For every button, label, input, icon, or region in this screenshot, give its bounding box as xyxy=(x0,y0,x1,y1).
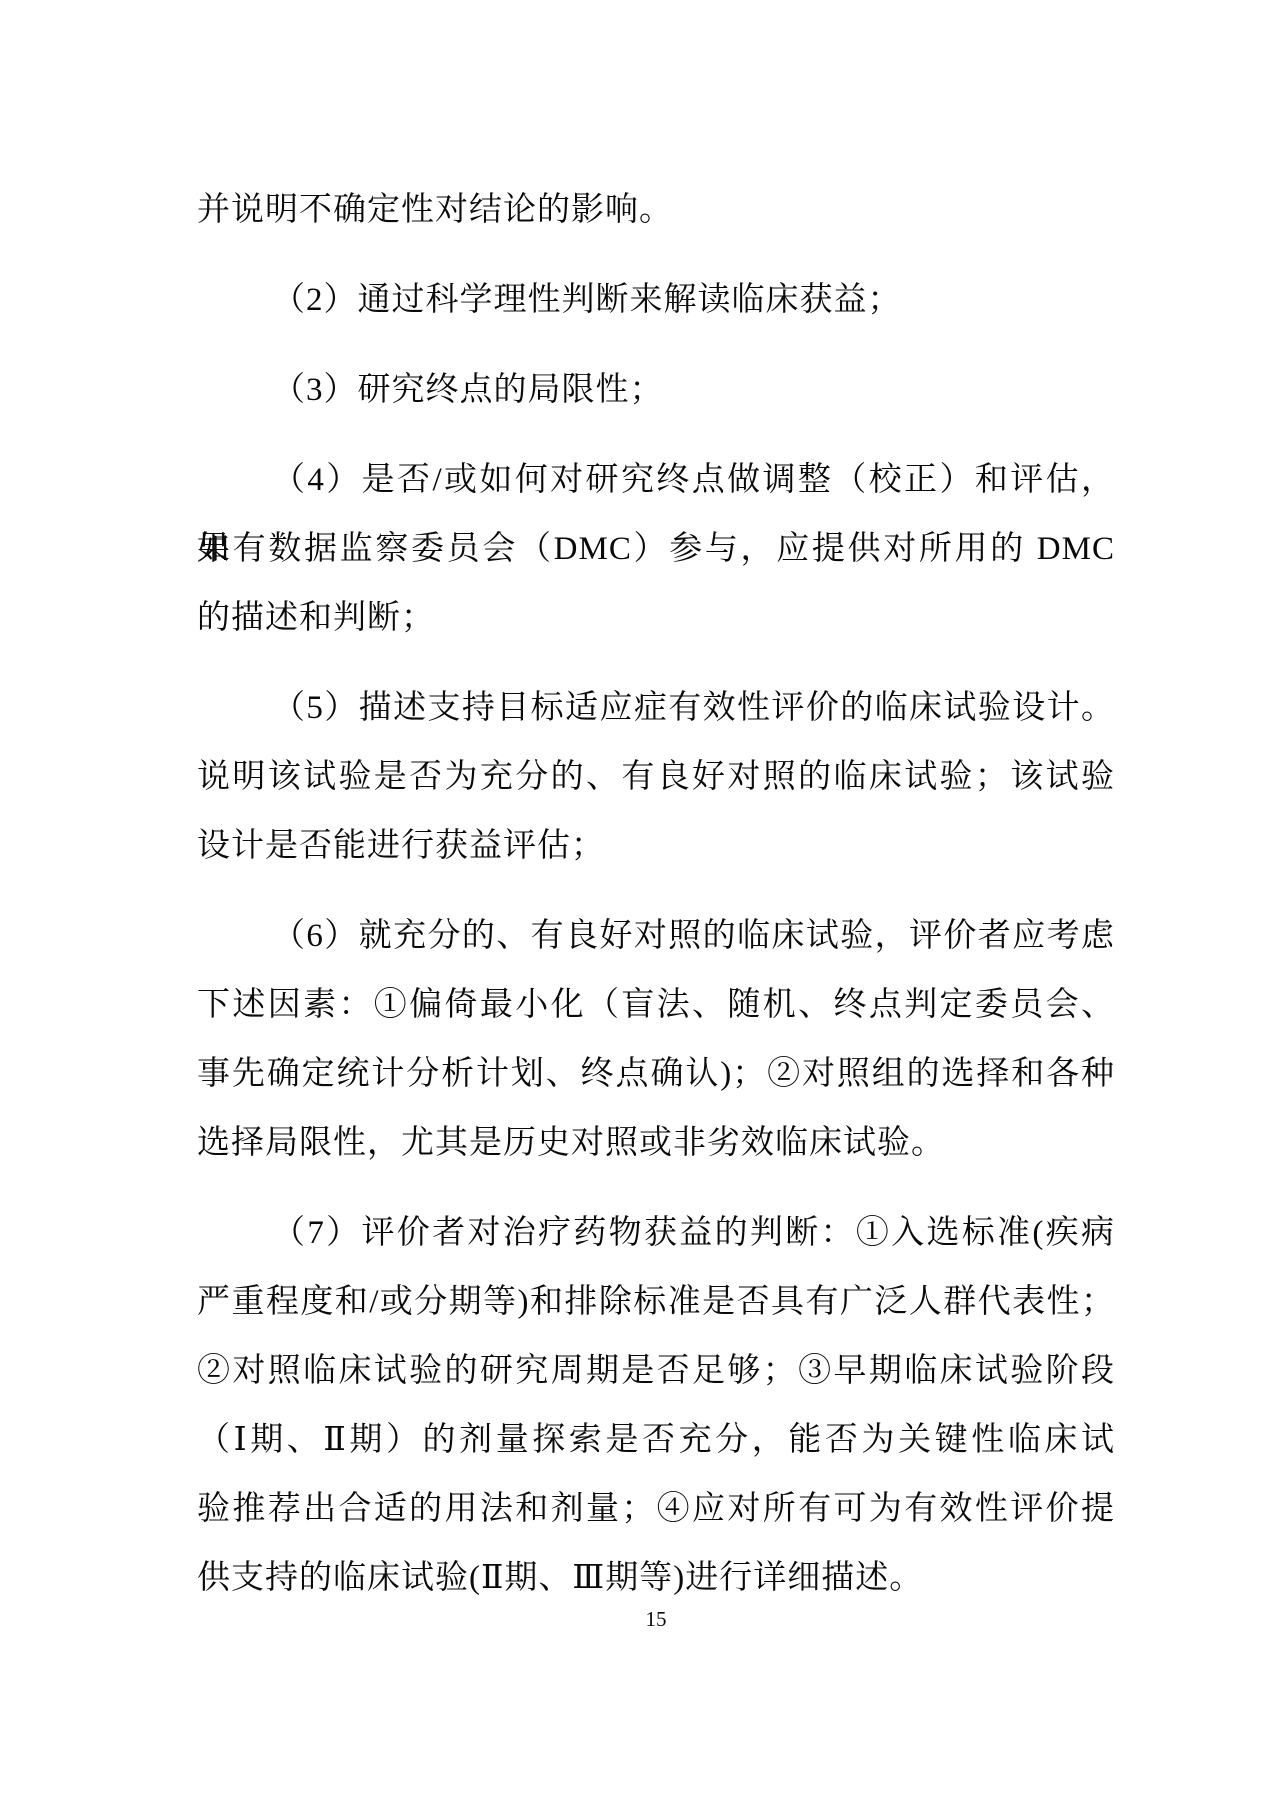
text-line: （4）是否/或如何对研究终点做调整（校正）和评估，如 xyxy=(197,446,1115,515)
paragraph: （2）通过科学理性判断来解读临床获益； xyxy=(197,266,1115,335)
text-line: （7）评价者对治疗药物获益的判断：①入选标准(疾病 xyxy=(197,1199,1115,1268)
text-line: 严重程度和/或分期等)和排除标准是否具有广泛人群代表性； xyxy=(197,1268,1115,1337)
page-number: 15 xyxy=(197,1604,1115,1634)
text-line: 果有数据监察委员会（DMC）参与，应提供对所用的 DMC xyxy=(197,515,1115,584)
text-line: （6）就充分的、有良好对照的临床试验，评价者应考虑 xyxy=(197,902,1115,971)
text-line: 并说明不确定性对结论的影响。 xyxy=(197,176,1115,245)
text-line: （Ⅰ期、Ⅱ期）的剂量探索是否充分，能否为关键性临床试 xyxy=(197,1406,1115,1475)
document-page: 并说明不确定性对结论的影响。（2）通过科学理性判断来解读临床获益；（3）研究终点… xyxy=(0,0,1280,1810)
text-line: ②对照临床试验的研究周期是否足够；③早期临床试验阶段 xyxy=(197,1337,1115,1406)
text-line: 选择局限性，尤其是历史对照或非劣效临床试验。 xyxy=(197,1109,1115,1178)
text-line: （5）描述支持目标适应症有效性评价的临床试验设计。 xyxy=(197,674,1115,743)
text-block: 并说明不确定性对结论的影响。（2）通过科学理性判断来解读临床获益；（3）研究终点… xyxy=(197,176,1115,1613)
text-line: 下述因素：①偏倚最小化（盲法、随机、终点判定委员会、 xyxy=(197,971,1115,1040)
text-line: 设计是否能进行获益评估； xyxy=(197,812,1115,881)
text-line: 的描述和判断； xyxy=(197,584,1115,653)
text-line: （2）通过科学理性判断来解读临床获益； xyxy=(197,266,1115,335)
text-line: 供支持的临床试验(Ⅱ期、Ⅲ期等)进行详细描述。 xyxy=(197,1544,1115,1613)
paragraph: （4）是否/或如何对研究终点做调整（校正）和评估，如果有数据监察委员会（DMC）… xyxy=(197,446,1115,653)
paragraph: （6）就充分的、有良好对照的临床试验，评价者应考虑下述因素：①偏倚最小化（盲法、… xyxy=(197,902,1115,1178)
text-line: 验推荐出合适的用法和剂量；④应对所有可为有效性评价提 xyxy=(197,1475,1115,1544)
text-line: （3）研究终点的局限性； xyxy=(197,356,1115,425)
text-line: 说明该试验是否为充分的、有良好对照的临床试验；该试验 xyxy=(197,743,1115,812)
paragraph: 并说明不确定性对结论的影响。 xyxy=(197,176,1115,245)
paragraph: （7）评价者对治疗药物获益的判断：①入选标准(疾病严重程度和/或分期等)和排除标… xyxy=(197,1199,1115,1613)
text-line: 事先确定统计分析计划、终点确认)；②对照组的选择和各种 xyxy=(197,1040,1115,1109)
paragraph: （3）研究终点的局限性； xyxy=(197,356,1115,425)
paragraph: （5）描述支持目标适应症有效性评价的临床试验设计。说明该试验是否为充分的、有良好… xyxy=(197,674,1115,881)
